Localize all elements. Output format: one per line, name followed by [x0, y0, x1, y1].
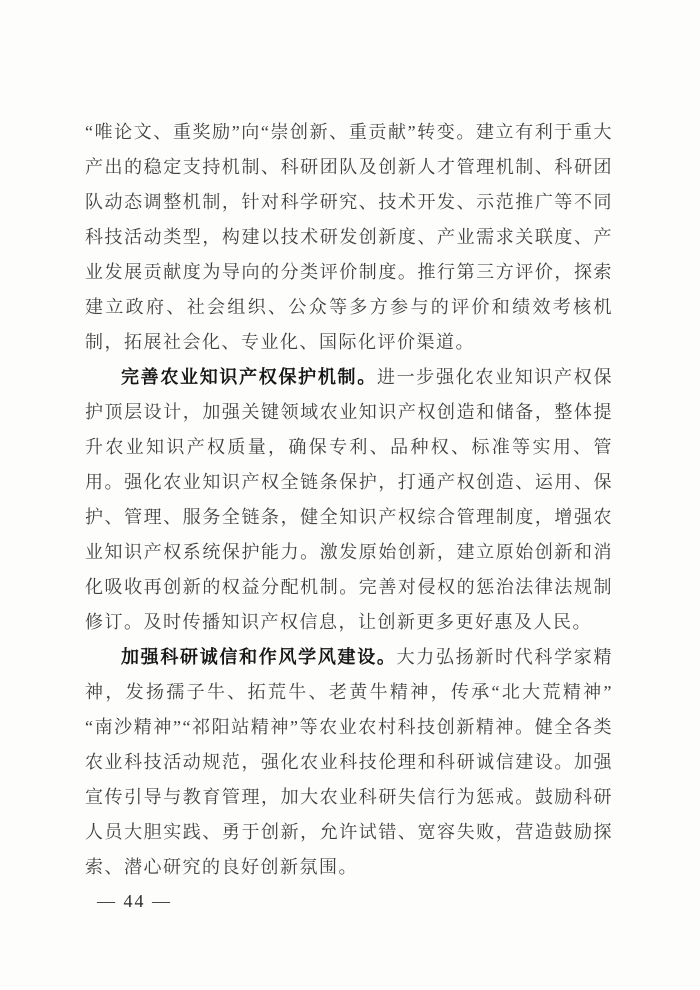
paragraph-text: “唯论文、重奖励”向“崇创新、重贡献”转变。建立有利于重大产出的稳定支持机制、科… — [85, 122, 613, 352]
paragraph-ipr-protection: 完善农业知识产权保护机制。进一步强化农业知识产权保护顶层设计，加强关键领域农业知… — [85, 360, 613, 640]
page-content: “唯论文、重奖励”向“崇创新、重贡献”转变。建立有利于重大产出的稳定支持机制、科… — [85, 115, 613, 885]
document-page: “唯论文、重奖励”向“崇创新、重贡献”转变。建立有利于重大产出的稳定支持机制、科… — [0, 0, 700, 990]
paragraph-research-integrity: 加强科研诚信和作风学风建设。大力弘扬新时代科学家精神，发扬孺子牛、拓荒牛、老黄牛… — [85, 640, 613, 885]
paragraph-text: 进一步强化农业知识产权保护顶层设计，加强关键领域农业知识产权创造和储备，整体提升… — [85, 367, 613, 632]
page-number: — 44 — — [97, 891, 172, 911]
paragraph-text: 大力弘扬新时代科学家精神，发扬孺子牛、拓荒牛、老黄牛精神，传承“北大荒精神”“南… — [85, 647, 613, 877]
paragraph-bold-lead: 完善农业知识产权保护机制。 — [121, 367, 377, 387]
paragraph-bold-lead: 加强科研诚信和作风学风建设。 — [121, 647, 397, 667]
paragraph-continuation: “唯论文、重奖励”向“崇创新、重贡献”转变。建立有利于重大产出的稳定支持机制、科… — [85, 115, 613, 360]
page-footer: — 44 — — [97, 889, 172, 913]
